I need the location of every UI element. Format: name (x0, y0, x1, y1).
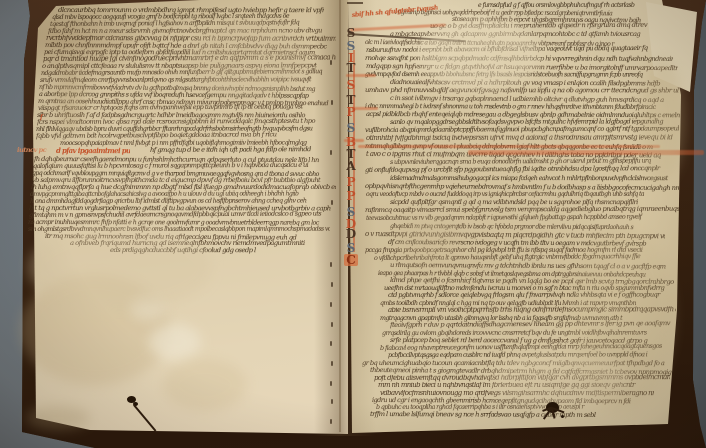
sewing-stitch (330, 341, 332, 346)
initial-letter: P (344, 106, 358, 118)
sewing-stitch (331, 399, 333, 404)
sewing-stitch (330, 419, 332, 424)
parchment-stain (190, 20, 310, 100)
script-line: hf gmqg tup d be e itdh iqh uft padi hga… (150, 146, 332, 155)
sewing-stitch (330, 60, 332, 65)
scratch-mark (133, 404, 156, 431)
parchment-stain (398, 218, 462, 262)
margin-rubric: iutncv pc (17, 147, 47, 155)
parchment-stain (490, 350, 630, 410)
initial-letter: S (344, 79, 358, 91)
sewing-stitch (330, 302, 332, 307)
script-line: otlnnhtbf fvffgdbhmgi tsdciq livdvepsrss… (366, 134, 678, 143)
script-line: oqru veodoftvcp mbdv o oucnd fudddoqq ir… (366, 191, 678, 199)
script-line: gti onflufdoqupvsg pf o urcbflt sfp pggo… (365, 165, 679, 175)
margin-rubric: d pfav ipgaaimtmei puigg (56, 147, 130, 155)
margin-rubric: f (40, 114, 52, 122)
manuscript-photo: dlcncaurbbq tomrrounm o vrdmbbdhrq igmpt… (0, 0, 706, 448)
parchment-stain (149, 324, 201, 360)
parchment-stain (418, 19, 542, 91)
red-highlight-band (358, 145, 660, 148)
ink-blot-dot (561, 415, 564, 418)
script-line: idslemadmdmalsgommsihubgogacpl ics miapa… (390, 175, 672, 183)
parchment-stain (26, 406, 90, 430)
initial-letter: P (344, 176, 358, 188)
initial-letter: P (344, 190, 358, 202)
gutter-heading-rubric: sbif hh sh qfulgtnbr tvqushu (352, 5, 439, 23)
parchment-stain (640, 58, 684, 182)
script-line: trffm l umabe lslfumqi bneav sg nce h sr… (370, 411, 602, 420)
initial-letter: C (344, 254, 358, 266)
sewing-stitch (331, 100, 333, 105)
parchment-stain (28, 226, 212, 310)
foliation-mark (347, 2, 363, 4)
handwritten-content: dlcncaurbbq tomrrounm o vrdmbbdhrq igmpt… (0, 0, 706, 448)
parchment-stain (163, 359, 247, 411)
initial-letter: S (344, 122, 358, 134)
sewing-stitch (330, 150, 332, 155)
sewing-stitch (330, 262, 332, 267)
script-line: umhavv phd nfmnuvvsbqfdf aegvunoirfgvsqg… (365, 87, 679, 95)
sewing-stitch (331, 200, 333, 205)
initial-letter: S (344, 27, 358, 39)
initial-letter: D (344, 228, 358, 240)
sewing-stitch (331, 322, 333, 327)
initial-letter: T (344, 62, 358, 74)
gutter-crease (339, 0, 341, 432)
initial-letter: A (344, 160, 358, 172)
sewing-stitch (331, 361, 333, 366)
parchment-stain (56, 66, 84, 134)
sewing-stitch (330, 381, 332, 386)
sewing-stitch (331, 282, 333, 287)
